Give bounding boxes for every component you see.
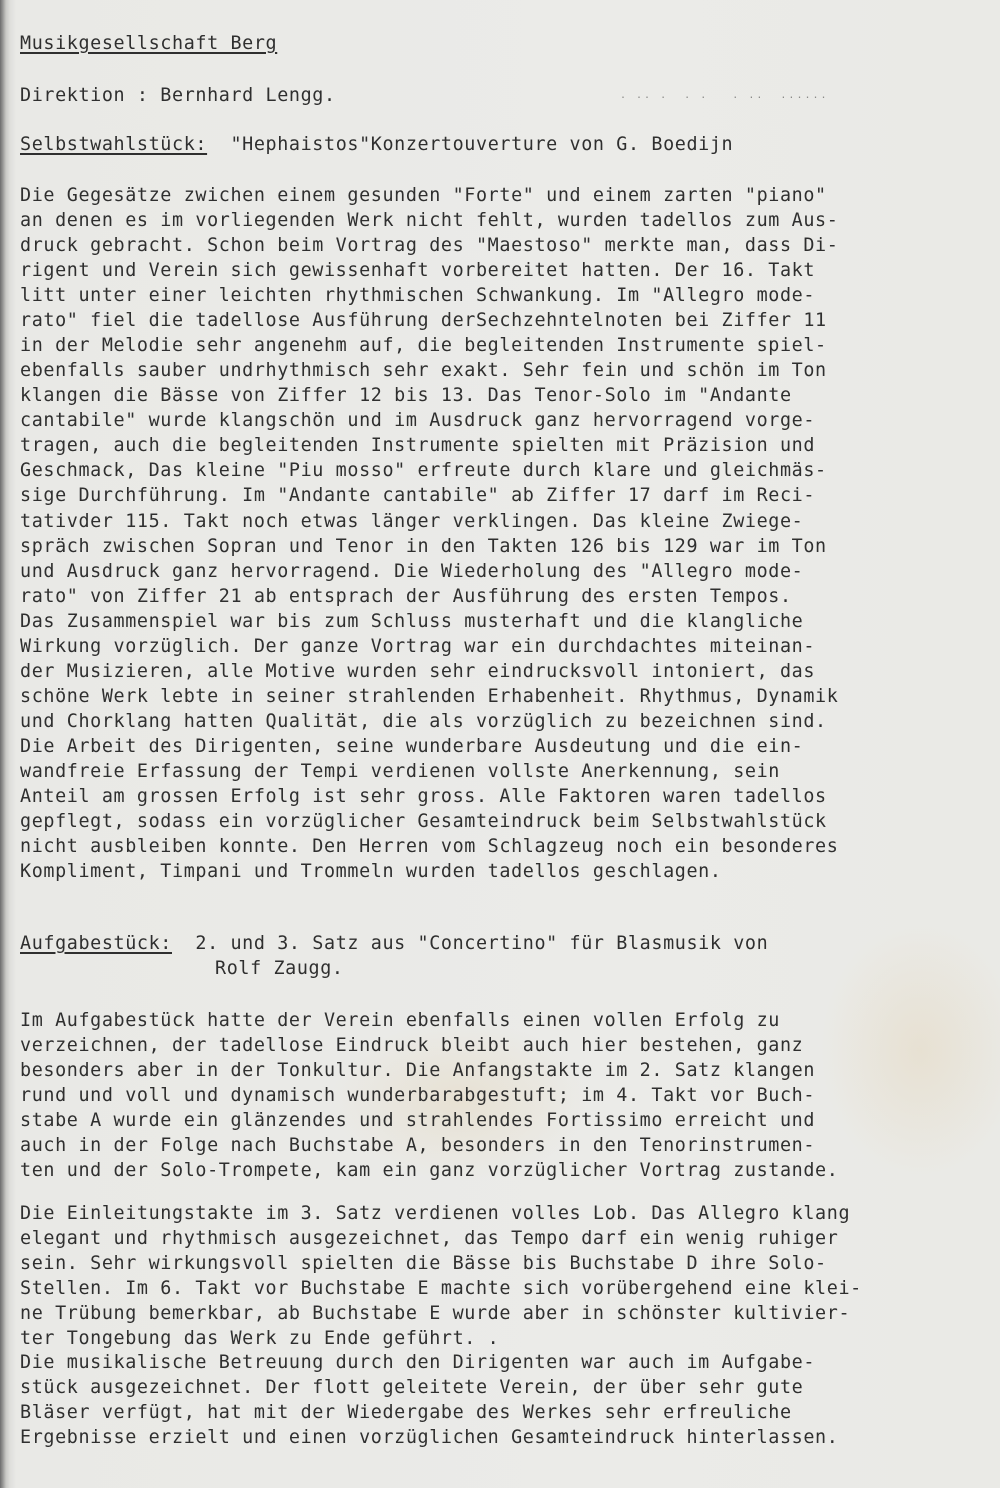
review-line: in der Melodie sehr angenehm auf, die be… (20, 335, 827, 357)
selbstwahl-piece: "Hephaistos"Konzertouverture von G. Boed… (207, 134, 733, 155)
review-line: verzeichnen, der tadellose Eindruck blei… (20, 1035, 803, 1057)
association-title: Musikgesellschaft Berg (20, 33, 277, 55)
review-line: Bläser verfügt, hat mit der Wiedergabe d… (20, 1402, 792, 1424)
review-line: Die Arbeit des Dirigenten, seine wunderb… (20, 736, 803, 758)
review-line: gepflegt, sodass ein vorzüglicher Gesamt… (20, 811, 827, 833)
review-line: druck gebracht. Schon beim Vortrag des "… (20, 235, 838, 257)
review-line: ten und der Solo-Trompete, kam ein ganz … (20, 1160, 838, 1182)
review-line: stück ausgezeichnet. Der flott geleitete… (20, 1377, 803, 1399)
review-line: elegant und rhythmisch ausgezeichnet, da… (20, 1228, 838, 1250)
review-line: auch in der Folge nach Buchstabe A, beso… (20, 1135, 815, 1157)
review-line: ne Trübung bemerkbar, ab Buchstabe E wur… (20, 1303, 850, 1325)
selbstwahl-label: Selbstwahlstück: (20, 134, 207, 155)
review-line: Das Zusammenspiel war bis zum Schluss mu… (20, 611, 803, 633)
review-line: sige Durchführung. Im "Andante cantabile… (20, 485, 815, 507)
review-line: Im Aufgabestück hatte der Verein ebenfal… (20, 1010, 780, 1032)
review-line: tativder 115. Takt noch etwas länger ver… (20, 511, 803, 533)
review-line: rigent und Verein sich gewissenhaft vorb… (20, 260, 815, 282)
aufgabe-piece-line1: 2. und 3. Satz aus "Concertino" für Blas… (172, 933, 768, 954)
review-line: klangen die Bässe von Ziffer 12 bis 13. … (20, 385, 792, 407)
review-line: rund und voll und dynamisch wunderbarabg… (20, 1085, 815, 1107)
scan-specks: . .. . . . . .. ...... (620, 90, 829, 101)
review-line: Stellen. Im 6. Takt vor Buchstabe E mach… (20, 1278, 862, 1300)
review-line: Kompliment, Timpani und Trommeln wurden … (20, 861, 722, 883)
conductor-line: Direktion : Bernhard Lengg. (20, 85, 336, 107)
review-line: spräch zwischen Sopran und Tenor in den … (20, 536, 827, 558)
review-line: nicht ausbleiben konnte. Den Herren vom … (20, 836, 838, 858)
review-line: rato" von Ziffer 21 ab entsprach der Aus… (20, 586, 792, 608)
review-line: ter Tongebung das Werk zu Ende geführt. … (20, 1328, 499, 1350)
review-line: an denen es im vorliegenden Werk nicht f… (20, 210, 838, 232)
selbstwahl-heading: Selbstwahlstück: "Hephaistos"Konzertouve… (20, 134, 733, 156)
review-line: Ergebnisse erzielt und einen vorzügliche… (20, 1427, 838, 1449)
review-line: Die Gegesätze zwichen einem gesunden "Fo… (20, 185, 827, 207)
review-line: und Ausdruck ganz hervorragend. Die Wied… (20, 561, 803, 583)
review-line: stabe A wurde ein glänzendes und strahle… (20, 1110, 815, 1132)
review-line: sein. Sehr wirkungsvoll spielten die Bäs… (20, 1253, 827, 1275)
review-line: ebenfalls sauber undrhythmisch sehr exak… (20, 360, 827, 382)
review-line: besonders aber in der Tonkultur. Die Anf… (20, 1060, 815, 1082)
review-line: Geschmack, Das kleine "Piu mosso" erfreu… (20, 460, 827, 482)
review-line: rato" fiel die tadellose Ausführung derS… (20, 310, 827, 332)
review-line: Die Einleitungstakte im 3. Satz verdiene… (20, 1203, 850, 1225)
aufgabe-heading: Aufgabestück: 2. und 3. Satz aus "Concer… (20, 933, 768, 955)
review-line: Wirkung vorzüglich. Der ganze Vortrag wa… (20, 636, 815, 658)
review-line: tragen, auch die begleitenden Instrument… (20, 435, 815, 457)
review-line: schöne Werk lebte in seiner strahlenden … (20, 686, 838, 708)
review-line: und Chorklang hatten Qualität, die als v… (20, 711, 827, 733)
review-line: wandfreie Erfassung der Tempi verdienen … (20, 761, 780, 783)
aufgabe-label: Aufgabestück: (20, 933, 172, 954)
review-line: Anteil am grossen Erfolg ist sehr gross.… (20, 786, 827, 808)
review-line: der Musizieren, alle Motive wurden sehr … (20, 661, 815, 683)
aufgabe-piece-line2: Rolf Zaugg. (215, 958, 344, 980)
review-line: cantabile" wurde klangschön und im Ausdr… (20, 410, 815, 432)
review-line: litt unter einer leichten rhythmischen S… (20, 285, 815, 307)
review-line: Die musikalische Betreuung durch den Dir… (20, 1352, 815, 1374)
